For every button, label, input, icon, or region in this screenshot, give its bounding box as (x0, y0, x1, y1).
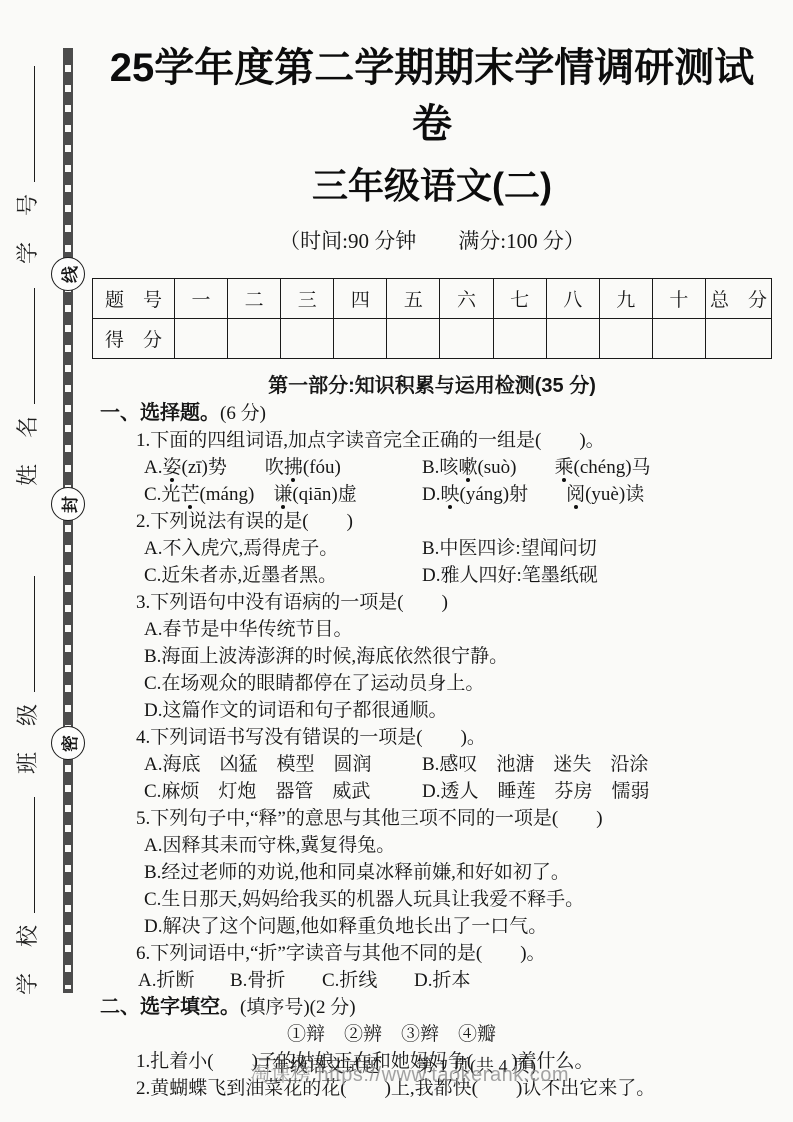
question3-option-c: C.在场观众的眼睛都停在了运动员身上。 (92, 670, 772, 697)
question4-stem: 4.下列词语书写没有错误的一项是( )。 (92, 724, 772, 751)
score-table-header-cell: 七 (493, 279, 546, 319)
score-table-header-cell: 四 (334, 279, 387, 319)
part1-header: 第一部分:知识积累与运用检测(35 分) (92, 373, 772, 400)
question5-option-c: C.生日那天,妈妈给我买的机器人玩具让我爱不释手。 (92, 886, 772, 913)
score-empty-cell (546, 319, 599, 359)
question2-option-b: B.中医四诊:望闻问切 (422, 535, 597, 562)
score-table-header-cell: 六 (440, 279, 493, 319)
score-table-header-row: 题 号 一 二 三 四 五 六 七 八 九 十 总 分 (93, 279, 772, 319)
score-table-header-cell: 一 (175, 279, 228, 319)
question6-option-b: B.骨折 (230, 967, 322, 994)
question1-option-b: B.咳嗽(suò) 乘(chéng)马 (422, 454, 651, 481)
school-blank-line (34, 797, 35, 913)
seal-char-mi: 密 (51, 726, 85, 760)
section1-title: 一、选择题。 (100, 402, 220, 424)
question1-option-c: C.光芒(máng) 谦(qiān)虚 (144, 481, 422, 508)
question5-option-a: A.因释其耒而守株,冀复得兔。 (92, 832, 772, 859)
section2-character-choices: ①辩 ②辨 ③辫 ④瓣 (92, 1021, 772, 1048)
score-table-header-cell: 五 (387, 279, 440, 319)
question4-option-a: A.海底 凶猛 模型 圆润 (144, 751, 422, 778)
score-empty-cell (175, 319, 228, 359)
page-subtitle: 三年级语文(二) (92, 160, 772, 212)
question3-option-b: B.海面上波涛澎湃的时候,海底依然很宁静。 (92, 643, 772, 670)
question4-options-row2: C.麻烦 灯炮 器管 威武 D.透人 睡莲 芬房 懦弱 (92, 778, 772, 805)
score-table-header-cell: 题 号 (93, 279, 175, 319)
school-text: 学 校 (15, 923, 40, 995)
question1-option-a: A.姿(zī)势 吹拂(fóu) (144, 454, 422, 481)
score-table: 题 号 一 二 三 四 五 六 七 八 九 十 总 分 得 分 (92, 278, 772, 359)
question2-option-d: D.雅人四好:笔墨纸砚 (422, 562, 598, 589)
question5-stem: 5.下列句子中,“释”的意思与其他三项不同的一项是( ) (92, 805, 772, 832)
question2-option-a: A.不入虎穴,焉得虎子。 (144, 535, 422, 562)
question6-option-d: D.折本 (414, 967, 506, 994)
question6-options-row: A.折断 B.骨折 C.折线 D.折本 (92, 967, 772, 994)
question6-option-c: C.折线 (322, 967, 414, 994)
student-id-blank-line (34, 66, 35, 182)
section1-heading: 一、选择题。(6 分) (92, 400, 772, 427)
name-blank-line (34, 288, 35, 404)
score-label-cell: 得 分 (93, 319, 175, 359)
question1-stem: 1.下面的四组词语,加点字读音完全正确的一组是( )。 (92, 427, 772, 454)
class-blank-line (34, 576, 35, 692)
question3-option-d: D.这篇作文的词语和句子都很通顺。 (92, 697, 772, 724)
question1-options-row1: A.姿(zī)势 吹拂(fóu) B.咳嗽(suò) 乘(chéng)马 (92, 454, 772, 481)
question1-option-d: D.映(yáng)射 阅(yuè)读 (422, 481, 644, 508)
question3-option-a: A.春节是中华传统节目。 (92, 616, 772, 643)
score-empty-cell (228, 319, 281, 359)
question2-options-row1: A.不入虎穴,焉得虎子。 B.中医四诊:望闻问切 (92, 535, 772, 562)
exam-page: 学 号 姓 名 班 级 学 校 线 封 密 25学年度第二学期期末学情调研测试卷… (0, 0, 793, 1122)
score-table-header-cell: 总 分 (706, 279, 772, 319)
question3-stem: 3.下列语句中没有语病的一项是( ) (92, 589, 772, 616)
section1-points: (6 分) (220, 403, 266, 424)
score-table-header-cell: 九 (599, 279, 652, 319)
question2-stem: 2.下列说法有误的是( ) (92, 508, 772, 535)
score-empty-cell (493, 319, 546, 359)
name-label: 姓 名 (15, 286, 41, 486)
question4-option-b: B.感叹 池溏 迷失 沿涂 (422, 751, 648, 778)
score-empty-cell (599, 319, 652, 359)
exam-info-line: （时间:90 分钟 满分:100 分） (92, 226, 772, 256)
question4-option-c: C.麻烦 灯炮 器管 威武 (144, 778, 422, 805)
score-table-header-cell: 十 (652, 279, 705, 319)
student-id-label: 学 号 (15, 64, 41, 264)
score-empty-cell (387, 319, 440, 359)
section2-title: 二、选字填空。 (100, 996, 240, 1018)
score-table-header-cell: 二 (228, 279, 281, 319)
page-title: 25学年度第二学期期末学情调研测试卷 (92, 40, 772, 152)
question4-options-row1: A.海底 凶猛 模型 圆润 B.感叹 池溏 迷失 沿涂 (92, 751, 772, 778)
seal-char-feng: 封 (51, 487, 85, 521)
seal-char-xian: 线 (51, 257, 85, 291)
score-table-score-row: 得 分 (93, 319, 772, 359)
section2-heading: 二、选字填空。(填序号)(2 分) (92, 994, 772, 1021)
score-empty-cell (706, 319, 772, 359)
question5-option-b: B.经过老师的劝说,他和同桌冰释前嫌,和好如初了。 (92, 859, 772, 886)
class-text: 班 级 (15, 702, 40, 774)
score-empty-cell (652, 319, 705, 359)
school-label: 学 校 (15, 795, 41, 995)
question6-stem: 6.下列词语中,“折”字读音与其他不同的是( )。 (92, 940, 772, 967)
question1-options-row2: C.光芒(máng) 谦(qiān)虚 D.映(yáng)射 阅(yuè)读 (92, 481, 772, 508)
score-table-header-cell: 三 (281, 279, 334, 319)
question2-option-c: C.近朱者赤,近墨者黑。 (144, 562, 422, 589)
exam-content: 25学年度第二学期期末学情调研测试卷 三年级语文(二) （时间:90 分钟 满分… (92, 40, 772, 1102)
question2-options-row2: C.近朱者赤,近墨者黑。 D.雅人四好:笔墨纸砚 (92, 562, 772, 589)
question5-option-d: D.解决了这个问题,他如释重负地长出了一口气。 (92, 913, 772, 940)
watermark-text: 淘课榜 https://www.taokerank.com (250, 1062, 569, 1088)
name-text: 姓 名 (15, 414, 40, 486)
score-empty-cell (281, 319, 334, 359)
section2-sub: (填序号)(2 分) (240, 997, 356, 1018)
score-empty-cell (440, 319, 493, 359)
question4-option-d: D.透人 睡莲 芬房 懦弱 (422, 778, 649, 805)
class-label: 班 级 (15, 574, 41, 774)
question6-option-a: A.折断 (138, 967, 230, 994)
score-table-header-cell: 八 (546, 279, 599, 319)
student-id-text: 学 号 (15, 192, 40, 264)
score-empty-cell (334, 319, 387, 359)
